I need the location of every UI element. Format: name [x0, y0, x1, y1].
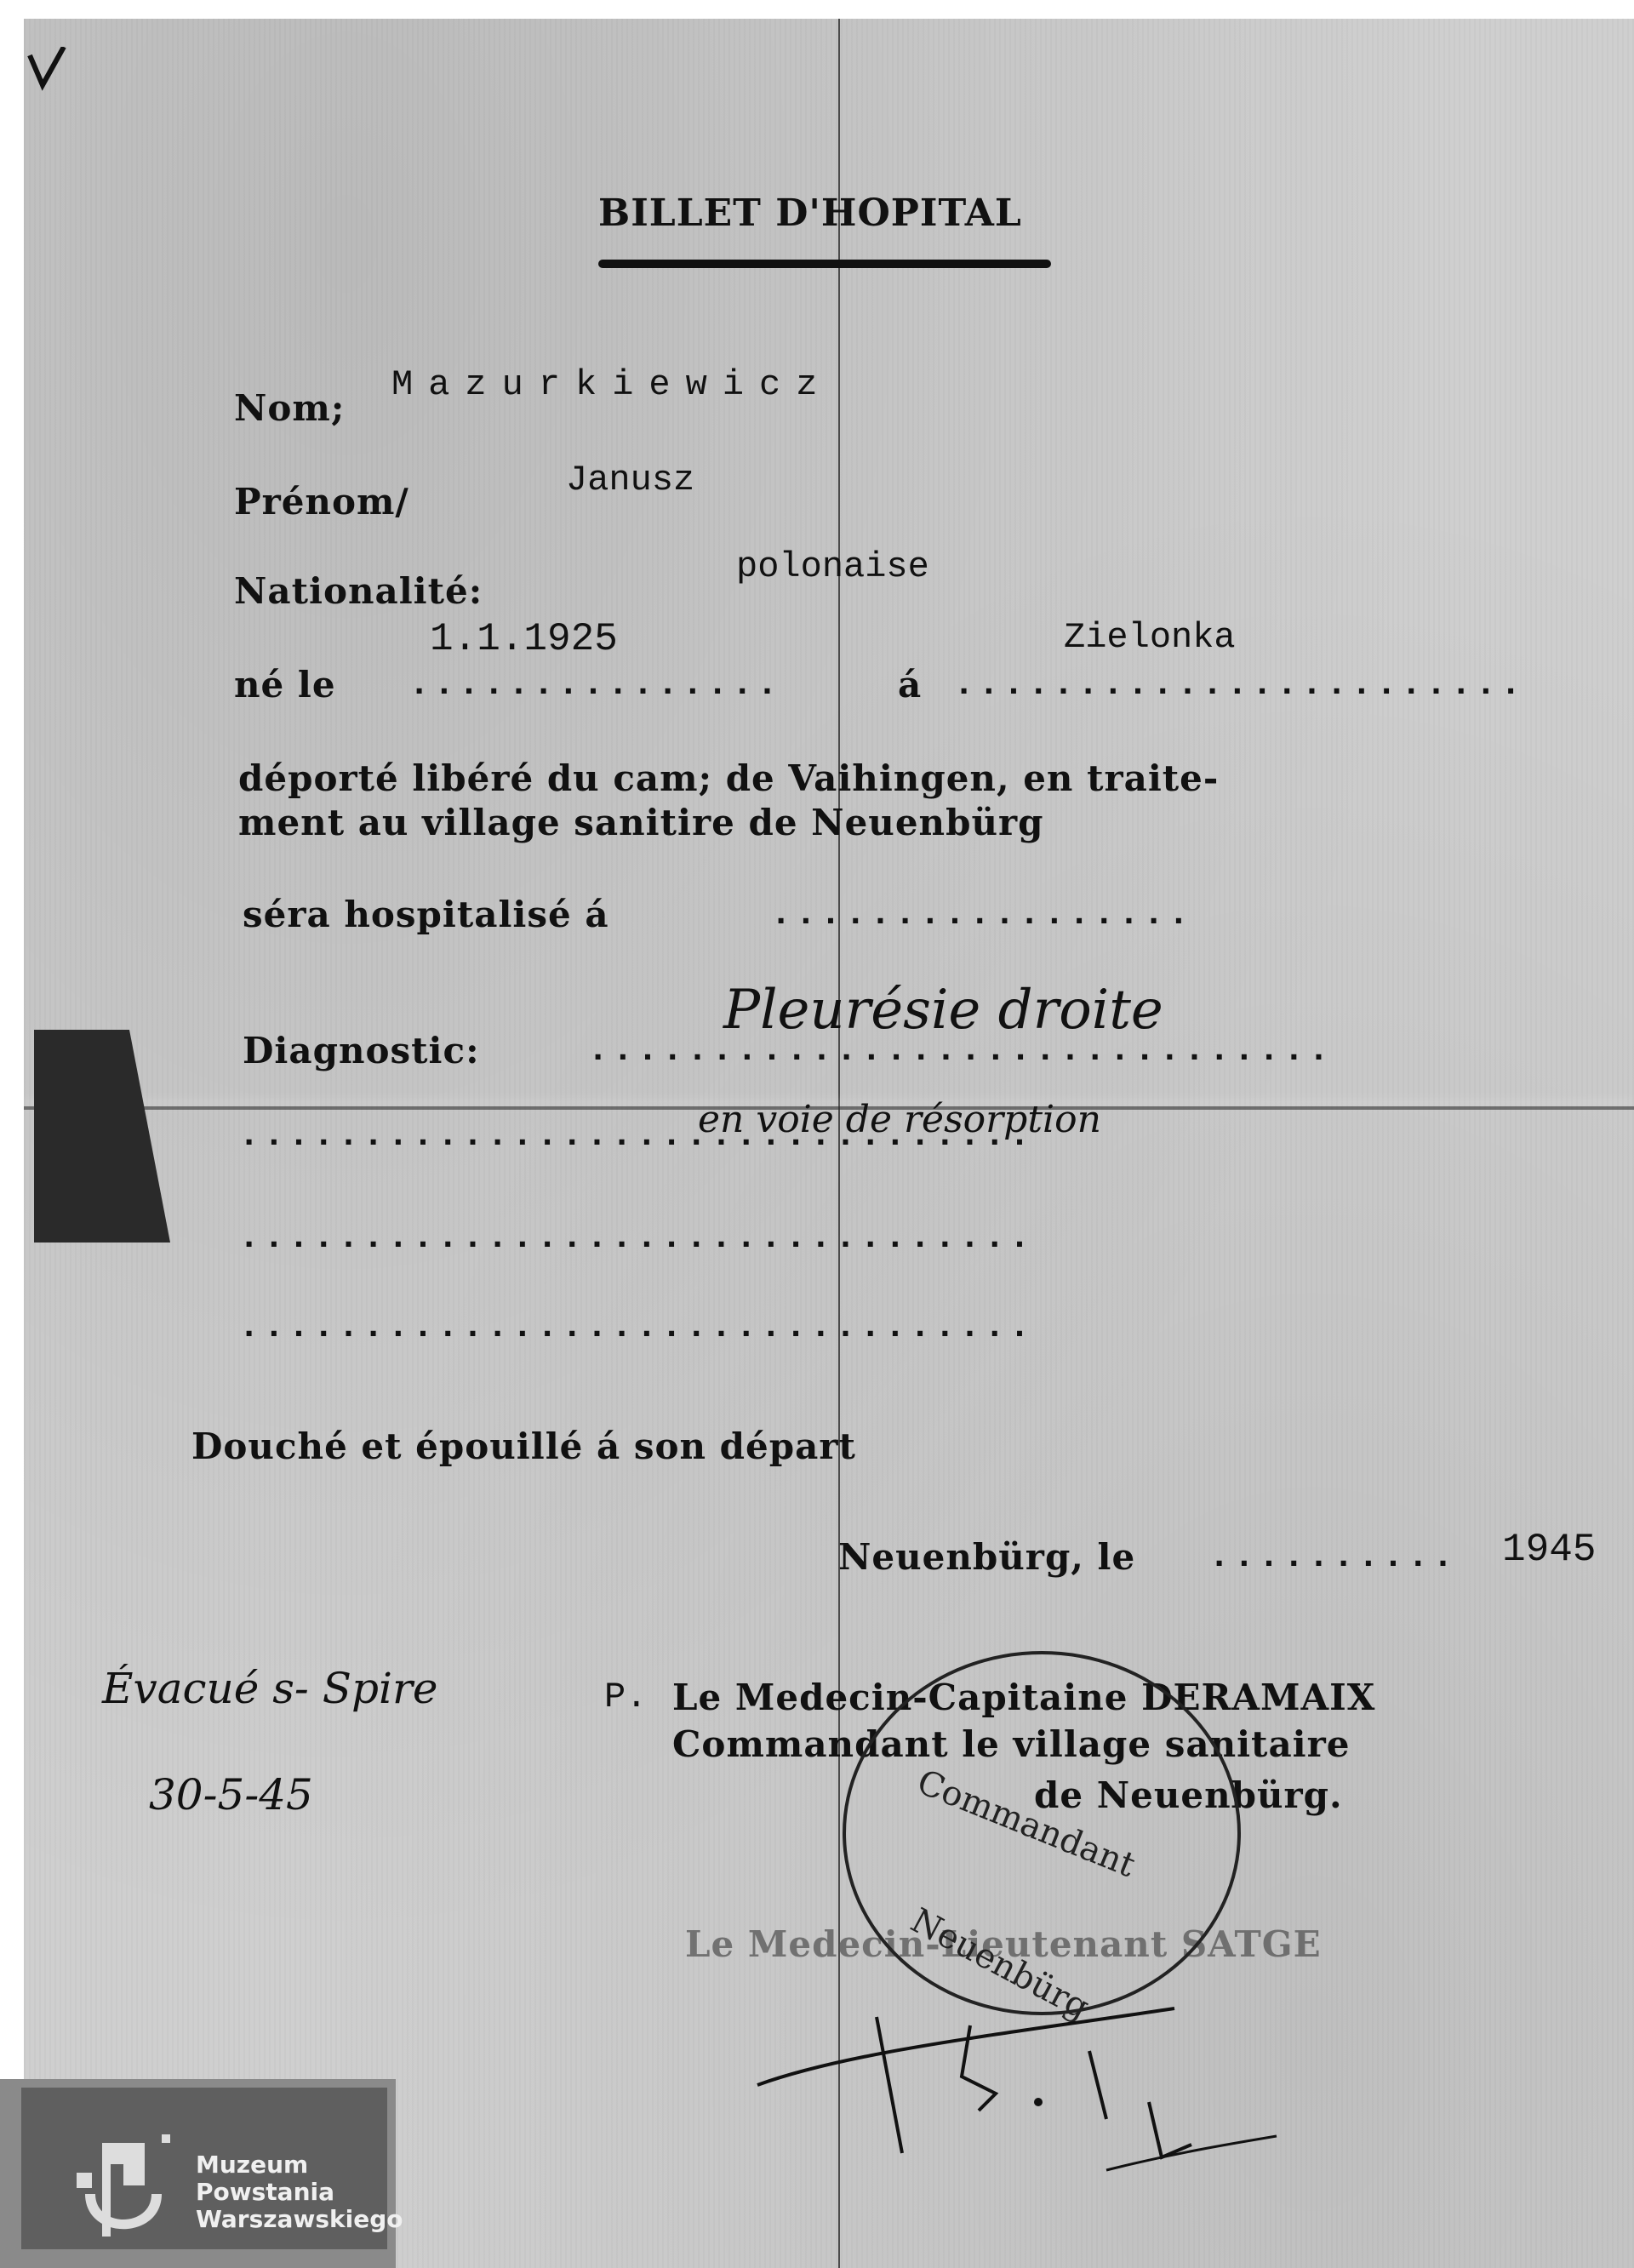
birth-place-label: á [898, 664, 922, 706]
handwritten-note-1: Évacué s- Spire [102, 1664, 437, 1713]
nationalite-value: polonaise [736, 546, 929, 587]
deloused-note: Douché et épouillé á son départ [191, 1425, 856, 1467]
watermark-line-3: Warszawskiego [196, 2206, 403, 2233]
hospital-dots: ................. [770, 894, 1192, 934]
diagnostic-handwritten-2: en voie de résorption [698, 1098, 1101, 1141]
birth-place-dots: ....................... [953, 664, 1525, 705]
museum-watermark: Muzeum Powstania Warszawskiego [0, 2079, 396, 2268]
watermark-text: Muzeum Powstania Warszawskiego [196, 2151, 403, 2233]
kotwica-anchor-icon [77, 2134, 170, 2241]
birth-date-dots: ............... [408, 664, 781, 705]
diagnostic-handwritten-1: Pleurésie droite [723, 979, 1163, 1042]
hospital-label: séra hospitalisé á [243, 894, 609, 935]
birth-date-value: 1.1.1925 [430, 617, 618, 661]
blank-dots-4: ................................ [238, 1306, 1034, 1347]
nationalite-label: Nationalité: [234, 570, 483, 612]
prenom-value: Janusz [566, 460, 694, 500]
checkmark-icon [26, 47, 68, 115]
status-line-1: déporté libéré du cam; de Vaihingen, en … [238, 757, 1219, 799]
title-underline [598, 260, 1051, 268]
diagnostic-label: Diagnostic: [243, 1030, 480, 1071]
place-date-year: 1945 [1502, 1528, 1596, 1572]
nom-label: Nom; [234, 387, 345, 429]
nom-value: Mazurkiewicz [391, 364, 832, 405]
watermark-line-2: Powstania [196, 2179, 403, 2206]
blank-dots-3: ................................ [238, 1217, 1034, 1258]
signature-prefix: P. [604, 1677, 647, 1717]
birth-place-value: Zielonka [1064, 617, 1236, 658]
handwritten-note-2: 30-5-45 [149, 1770, 313, 1820]
status-line-2: ment au village sanitire de Neuenbürg [238, 802, 1043, 843]
watermark-panel: Muzeum Powstania Warszawskiego [21, 2088, 387, 2249]
prenom-label: Prénom/ [234, 481, 409, 523]
watermark-line-1: Muzeum [196, 2151, 403, 2179]
signature-scribble [749, 1983, 1362, 2179]
document-title: BILLET D'HOPITAL [598, 191, 1022, 235]
birth-date-label: né le [234, 664, 336, 706]
place-date-label: Neuenbürg, le [838, 1536, 1135, 1578]
place-date-dots: .......... [1208, 1536, 1457, 1577]
